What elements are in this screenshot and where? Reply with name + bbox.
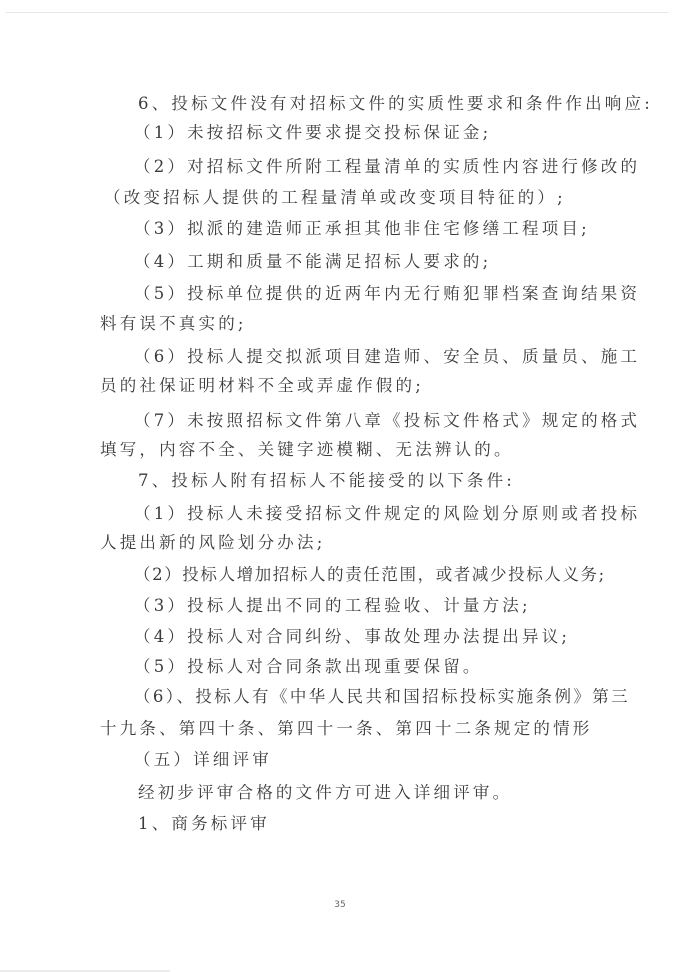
clause-7-item-6: （6）、投标人有《中华人民共和国招标投标实施条例》第三 bbox=[134, 687, 630, 707]
clause-6-item-1: （1）未按招标文件要求提交投标保证金; bbox=[134, 123, 491, 143]
clause-6-item-4: （4）工期和质量不能满足招标人要求的; bbox=[134, 252, 491, 272]
clause-7-item-1-continuation: 人提出新的风险划分办法; bbox=[100, 533, 325, 553]
page-number: 35 bbox=[0, 900, 680, 910]
section-5-heading: （五）详细评审 bbox=[134, 750, 272, 770]
clause-6-item-2: （2）对招标文件所附工程量清单的实质性内容进行修改的 bbox=[134, 157, 640, 177]
clause-7-item-4: （4）投标人对合同纠纷、事故处理办法提出异议; bbox=[134, 627, 570, 647]
clause-7-item-2: （2）投标人增加招标人的责任范围，或者减少投标人义务; bbox=[134, 565, 606, 585]
document-page: 6、投标文件没有对招标文件的实质性要求和条件作出响应: （1）未按招标文件要求提… bbox=[0, 0, 680, 972]
clause-6-item-6-continuation: 员的社保证明材料不全或弄虚作假的; bbox=[100, 376, 424, 396]
clause-7-item-6-continuation: 十九条、第四十条、第四十一条、第四十二条规定的情形 bbox=[100, 719, 593, 739]
clause-7-item-5: （5）投标人对合同条款出现重要保留。 bbox=[134, 657, 483, 677]
clause-6-item-5: （5）投标单位提供的近两年内无行贿犯罪档案查询结果资 bbox=[134, 284, 640, 304]
clause-6-item-5-continuation: 料有误不真实的; bbox=[100, 314, 247, 334]
clause-6-item-7-continuation: 填写，内容不全、关键字迹模糊、无法辨认的。 bbox=[100, 440, 514, 460]
clause-6-heading: 6、投标文件没有对招标文件的实质性要求和条件作出响应: bbox=[138, 94, 653, 114]
clause-6-item-2-continuation: （改变招标人提供的工程量清单或改变项目特征的）; bbox=[104, 188, 566, 208]
clause-6-item-7: （7）未按照招标文件第八章《投标文件格式》规定的格式 bbox=[134, 411, 640, 431]
subsection-1-heading: 1、商务标评审 bbox=[138, 814, 270, 834]
clause-7-heading: 7、投标人附有招标人不能接受的以下条件: bbox=[138, 471, 515, 491]
section-5-intro: 经初步评审合格的文件方可进入详细评审。 bbox=[138, 783, 512, 803]
clause-6-item-3: （3）拟派的建造师正承担其他非住宅修缮工程项目; bbox=[134, 219, 590, 239]
clause-6-item-6: （6）投标人提交拟派项目建造师、安全员、质量员、施工 bbox=[134, 347, 640, 367]
clause-7-item-3: （3）投标人提出不同的工程验收、计量方法; bbox=[134, 596, 531, 616]
clause-7-item-1: （1）投标人未接受招标文件规定的风险划分原则或者投标 bbox=[134, 504, 640, 524]
